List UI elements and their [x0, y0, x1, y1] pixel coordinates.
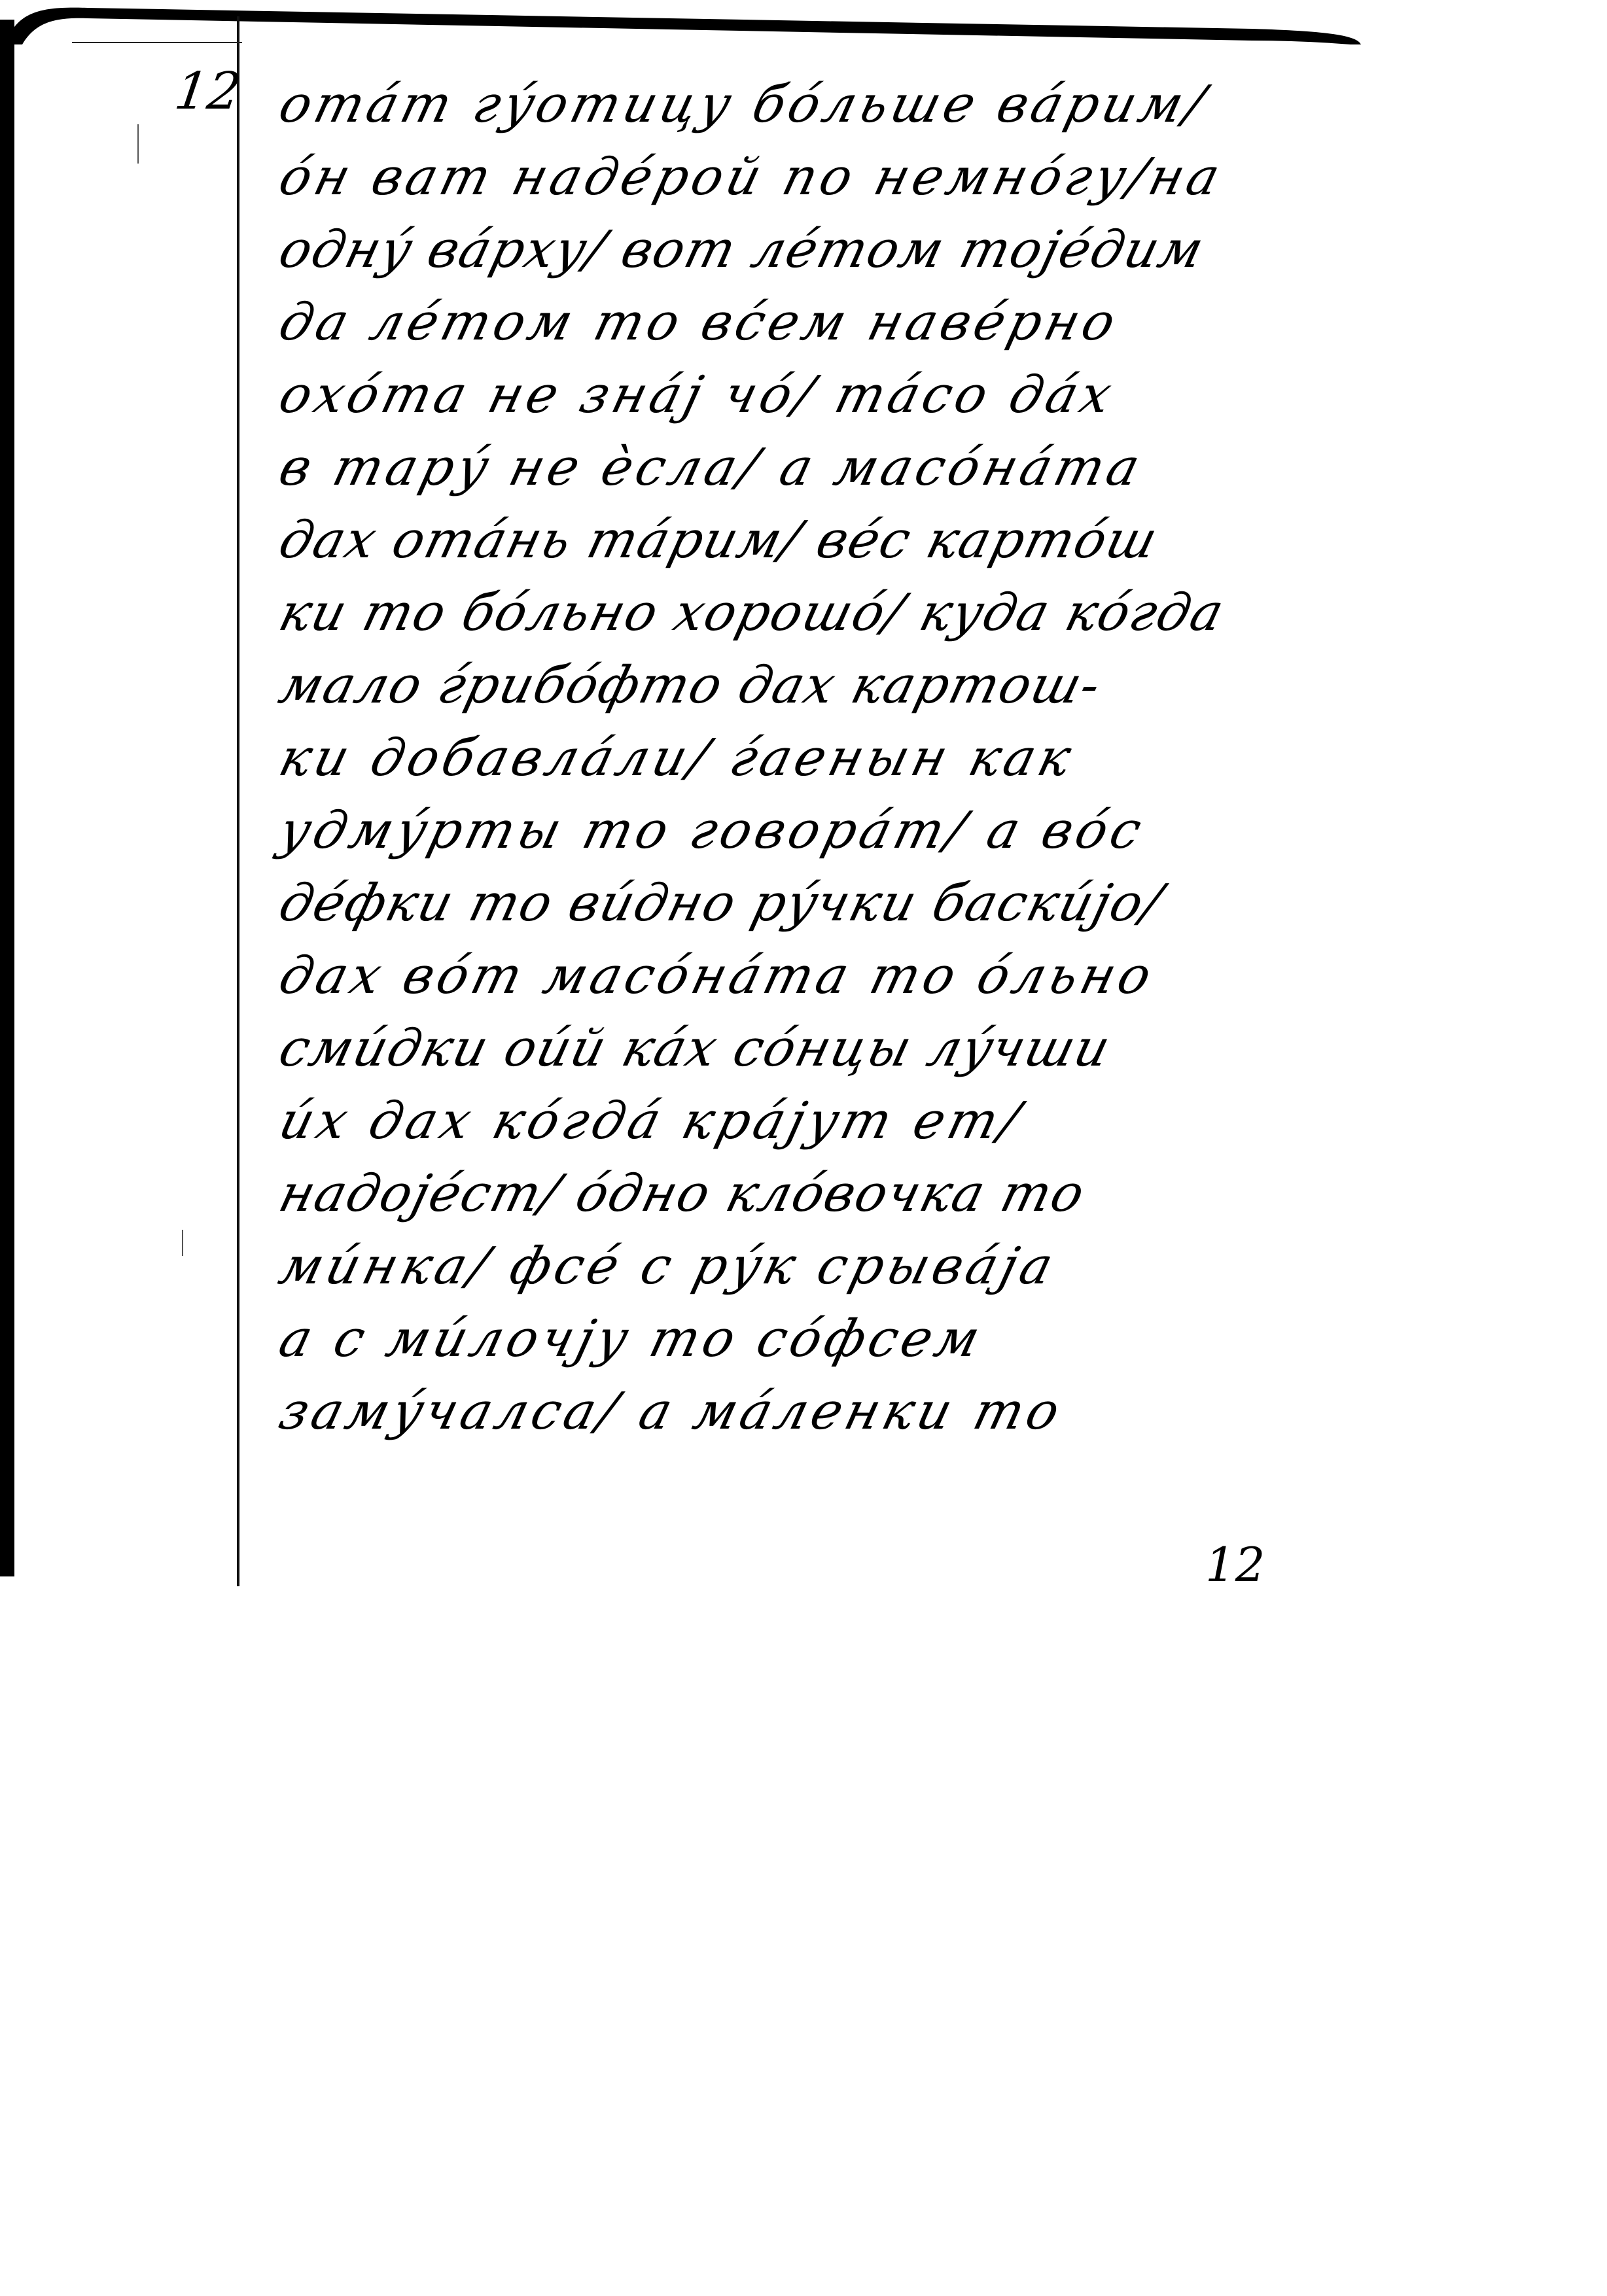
binding-edge — [9, 3, 1364, 44]
scanned-manuscript-page: 12 отáт гýотицу бóльше вáрим/ óн ват над… — [0, 0, 1607, 2296]
text-line: в тарý не ѐсла/ а масóна́та — [272, 432, 1304, 504]
text-line: мало ѓрибóфто дах картош- — [272, 650, 1304, 722]
text-line: úх дах кóгдá крáјут ет/ — [272, 1085, 1304, 1158]
text-line: удмýрты то говорáт/ а вóс — [272, 795, 1304, 867]
text-line: смúдки оúй кáх сóнцы лýчши — [272, 1013, 1304, 1085]
page-number-top-left: 12 — [171, 62, 245, 121]
text-line: мúнка/ фсé с рýк срыва́ја — [272, 1230, 1304, 1303]
text-line: надојéст/ óдно клóвочка то — [272, 1158, 1304, 1230]
text-line: дах вóт масóна́та то óльно — [272, 940, 1304, 1013]
scan-artifact — [182, 1230, 183, 1256]
text-line: дéфки то вúдно рýчки баскúјо/ — [272, 867, 1304, 940]
text-line: ки то бóльно хорошó/ куда кóгда — [272, 577, 1304, 650]
text-line: замýчалса/ а мáленки то — [272, 1376, 1304, 1448]
text-line: да лéтом то вс́ем навéрно — [272, 287, 1304, 359]
text-line: однý вáрху/ вот лéтом тоје́дим — [272, 214, 1304, 287]
text-line: охóта не знáј чó/ тáсо дáх — [272, 359, 1304, 432]
page-number-bottom-right: 12 — [1205, 1537, 1265, 1592]
text-line: óн ват надéрой по немнóгу/на — [272, 141, 1304, 214]
text-line: отáт гýотицу бóльше вáрим/ — [272, 69, 1304, 141]
handwritten-text-block: отáт гýотицу бóльше вáрим/ óн ват надéро… — [272, 69, 1286, 1448]
scan-artifact — [137, 124, 139, 164]
header-rule — [72, 42, 242, 43]
text-line: ки добавлáли/ ѓаенын как — [272, 722, 1304, 795]
margin-rule — [237, 16, 239, 1586]
text-line: а с мúлочју то сóфсем — [272, 1303, 1304, 1376]
left-binding-shadow — [0, 20, 14, 1576]
text-line: дах отáнь тáрим/ вéс картóш — [272, 504, 1304, 577]
